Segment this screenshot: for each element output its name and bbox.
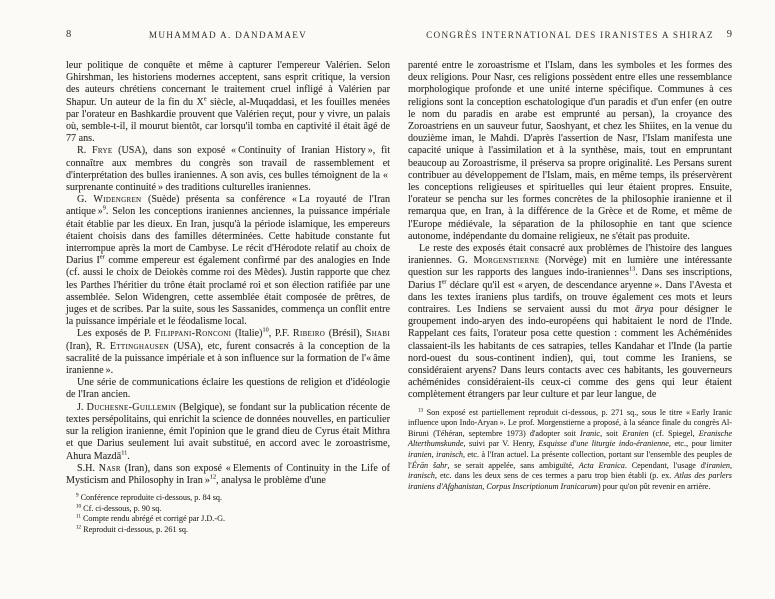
footnote: 12 Reproduit ci-dessous, p. 261 sq. — [66, 525, 390, 536]
text-run: Cf. ci-dessous, p. 90 sq. — [83, 504, 161, 513]
paragraph: Le reste des exposés était consacré aux … — [408, 243, 732, 402]
italic-term: ārya — [635, 304, 654, 315]
text-run: , etc., pour limiter — [669, 439, 732, 448]
text-run: comme empereur est également confirmé pa… — [66, 255, 390, 327]
footnote-marker: 11 — [76, 514, 81, 520]
italic-term: Eranien — [622, 429, 648, 438]
person-name: Ettinghausen — [110, 341, 169, 352]
italic-term: iranien, iranisch — [408, 450, 463, 459]
right-page-footnotes: 13 Son exposé est partiellement reprodui… — [408, 408, 732, 493]
text-run: (USA), dans son exposé « Continuity of I… — [66, 145, 390, 193]
text-run: Reproduit ci-dessous, p. 261 sq. — [83, 525, 188, 534]
text-run: G. — [77, 194, 93, 205]
left-page-body: leur politique de conquête et même à cap… — [66, 60, 390, 487]
left-running-header: MUHAMMAD A. DANDAMAEV — [66, 30, 390, 40]
person-name: Duchesne-Guillemin — [87, 402, 176, 413]
left-page-number: 8 — [66, 29, 71, 40]
person-name: Ribeiro — [293, 328, 325, 339]
paragraph: R. Frye (USA), dans son exposé « Continu… — [66, 145, 390, 194]
italic-term: Iranic — [580, 429, 600, 438]
text-run: Les exposés de P. — [77, 328, 155, 339]
text-run: Conférence reproduite ci-dessous, p. 84 … — [81, 493, 222, 502]
person-name: Nasr — [99, 463, 121, 474]
text-run: J. — [77, 402, 87, 413]
footnote: 9 Conférence reproduite ci-dessous, p. 8… — [66, 493, 390, 504]
right-page-header: CONGRÈS INTERNATIONAL DES IRANISTES A SH… — [408, 30, 732, 43]
left-page-header: 8 MUHAMMAD A. DANDAMAEV — [66, 30, 390, 43]
italic-term: Érān šahr — [412, 461, 448, 470]
text-run: (Iran), R. — [66, 341, 110, 352]
text-run: , se serait appelée, sans ambiguïté, — [447, 461, 578, 470]
right-page-number: 9 — [727, 29, 732, 40]
text-run: , suivi par V. Henry, — [463, 439, 538, 448]
footnote: 13 Son exposé est partiellement reprodui… — [408, 408, 732, 493]
footnote: 10 Cf. ci-dessous, p. 90 sq. — [66, 504, 390, 515]
italic-term: Esquisse d'une liturgie indo-éranienne — [538, 439, 669, 448]
right-running-header: CONGRÈS INTERNATIONAL DES IRANISTES A SH… — [408, 30, 732, 40]
right-page: CONGRÈS INTERNATIONAL DES IRANISTES A SH… — [408, 30, 732, 492]
paragraph: leur politique de conquête et même à cap… — [66, 60, 390, 145]
text-run: , P.F. — [269, 328, 293, 339]
italic-term: Acta Eranica — [579, 461, 625, 470]
text-run: (cf. Spiegel, — [649, 429, 699, 438]
paragraph: Les exposés de P. Filippani-Ronconi (Ita… — [66, 328, 390, 377]
person-name: Widengren — [93, 194, 141, 205]
left-page: 8 MUHAMMAD A. DANDAMAEV leur politique d… — [66, 30, 390, 535]
text-run: , soit — [600, 429, 622, 438]
paragraph: Une série de communications éclaire les … — [66, 377, 390, 401]
paragraph: parenté entre le zoroastrisme et l'Islam… — [408, 60, 732, 243]
text-run: , analysa le problème d'une — [216, 475, 326, 486]
footnote-marker: 12 — [76, 524, 81, 530]
text-run: (Italie) — [231, 328, 262, 339]
paragraph: G. Widengren (Suède) présenta sa confére… — [66, 194, 390, 328]
text-run: pour désigner le groupement indo-aryen d… — [408, 304, 732, 400]
book-spread: 8 MUHAMMAD A. DANDAMAEV leur politique d… — [0, 0, 775, 599]
footnote-marker: 9 — [76, 492, 79, 498]
right-page-body: parenté entre le zoroastrisme et l'Islam… — [408, 60, 732, 402]
text-run: . — [127, 451, 130, 462]
footnote-marker: 13 — [418, 407, 423, 413]
text-run: S.H. — [77, 463, 99, 474]
text-run: . Cependant, l'usage d' — [625, 461, 706, 470]
person-name: Morgenstierne — [474, 255, 540, 266]
person-name: Shabi — [366, 328, 390, 339]
person-name: Frye — [92, 145, 112, 156]
text-run: R. — [77, 145, 92, 156]
left-page-footnotes: 9 Conférence reproduite ci-dessous, p. 8… — [66, 493, 390, 535]
person-name: Filippani-Ronconi — [155, 328, 232, 339]
paragraph: J. Duchesne-Guillemin (Belgique), se fon… — [66, 402, 390, 463]
text-run: ) pour qu'on pût revenir en arrière. — [598, 482, 711, 491]
text-run: (Brésil), — [325, 328, 366, 339]
paragraph: S.H. Nasr (Iran), dans son exposé « Elem… — [66, 463, 390, 487]
text-run: parenté entre le zoroastrisme et l'Islam… — [408, 60, 732, 242]
footnote: 11 Compte rendu abrégé et corrigé par J.… — [66, 514, 390, 525]
footnote-marker: 10 — [76, 503, 81, 509]
text-run: Une série de communications éclaire les … — [66, 377, 390, 400]
text-run: , etc. dans les deux sens de ces termes … — [435, 471, 675, 480]
text-run: Compte rendu abrégé et corrigé par J.D.-… — [83, 514, 225, 523]
